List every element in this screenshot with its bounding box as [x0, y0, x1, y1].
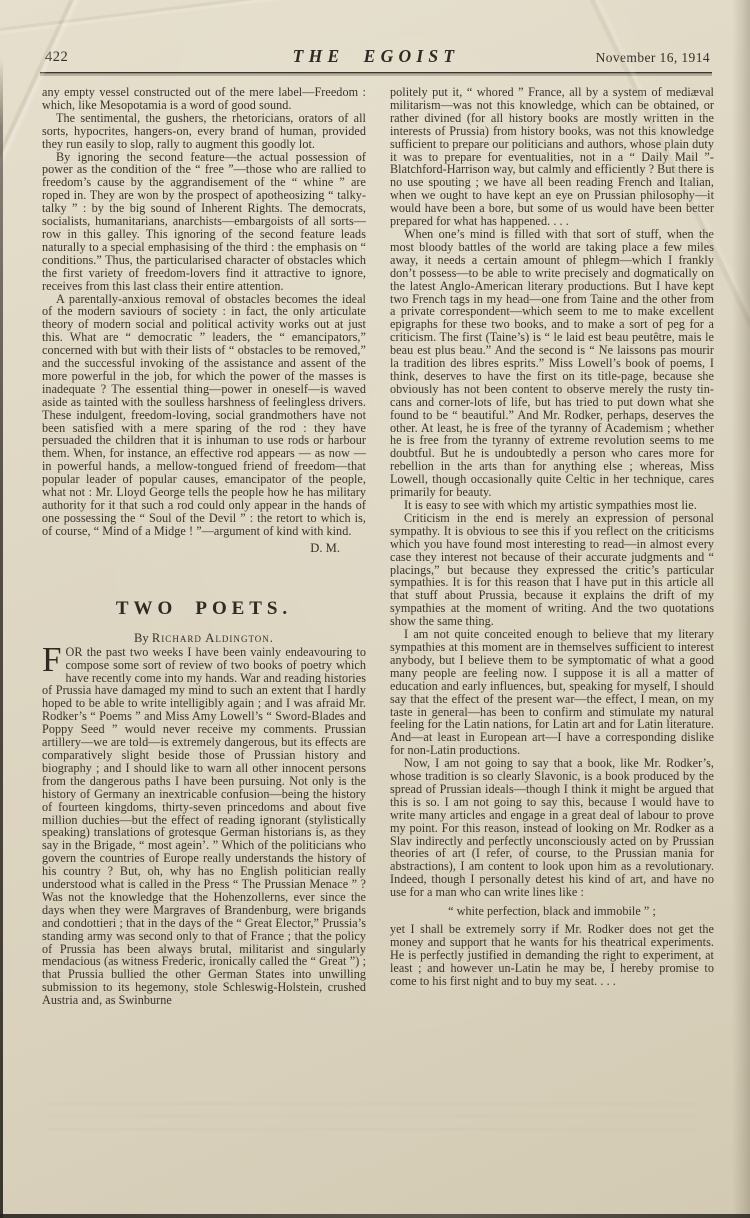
paragraph: By ignoring the second feature—the actua…	[42, 151, 366, 293]
paragraph: The sentimental, the gushers, the rhetor…	[42, 112, 366, 151]
paragraph: politely put it, “ whored ” France, all …	[390, 86, 714, 228]
paragraph: any empty vessel constructed out of the …	[42, 86, 366, 112]
dropcap-letter: F	[42, 646, 66, 673]
article-opening-text: OR the past two weeks I have been vainly…	[42, 645, 366, 1007]
paragraph: I am not quite conceited enough to belie…	[390, 628, 714, 757]
article-title: TWO POETS.	[42, 598, 366, 620]
scan-edge-bottom	[0, 1214, 750, 1218]
text-columns: any empty vessel constructed out of the …	[42, 86, 714, 1218]
byline-author-name: Richard Aldington.	[152, 631, 274, 645]
paragraph: It is easy to see with which my artistic…	[390, 499, 714, 512]
closing-paragraph: yet I shall be extremely sorry if Mr. Ro…	[390, 923, 714, 988]
verse-quote-line: “ white perfection, black and immobile ”…	[390, 905, 714, 918]
paragraph: Now, I am not going to say that a book, …	[390, 757, 714, 899]
article-opening-paragraph: FOR the past two weeks I have been vainl…	[42, 646, 366, 1007]
left-column-paragraphs: any empty vessel constructed out of the …	[42, 86, 366, 538]
scanned-magazine-page: 422 THE EGOIST November 16, 1914 any emp…	[0, 0, 750, 1218]
author-initials: D. M.	[42, 541, 366, 556]
paragraph: When one’s mind is filled with that sort…	[390, 228, 714, 499]
page-header: 422 THE EGOIST November 16, 1914	[42, 42, 710, 68]
article-byline: By Richard Aldington.	[42, 631, 366, 646]
left-column: any empty vessel constructed out of the …	[42, 86, 366, 1218]
scan-edge-left	[0, 58, 3, 1218]
header-rule	[40, 72, 712, 76]
paragraph: Criticism in the end is merely an expres…	[390, 512, 714, 628]
byline-prefix: By	[134, 631, 152, 645]
paragraph: A parentally-anxious removal of obstacle…	[42, 293, 366, 538]
right-column: politely put it, “ whored ” France, all …	[390, 86, 714, 1218]
right-column-paragraphs: politely put it, “ whored ” France, all …	[390, 86, 714, 899]
issue-date: November 16, 1914	[596, 50, 710, 66]
page-right-shadow	[732, 0, 750, 1218]
